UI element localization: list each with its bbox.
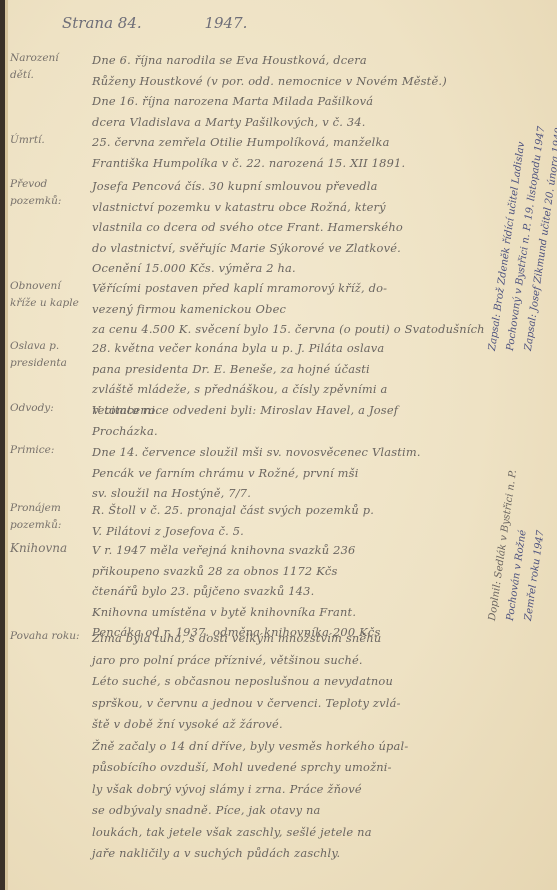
entry-text: 25. června zemřela Otilie Humpolíková, m… bbox=[92, 132, 482, 173]
entry-label: Odvody: bbox=[10, 400, 90, 417]
entry-label: Primice: bbox=[10, 442, 90, 459]
entry-label: Úmrtí. bbox=[10, 132, 90, 149]
entry-text: Josefa Pencová čís. 30 kupní smlouvou př… bbox=[92, 176, 482, 279]
entry-label: Převod pozemků: bbox=[10, 176, 90, 210]
entry-text: Dne 14. července sloužil mši sv. novosvě… bbox=[92, 442, 482, 504]
entry-text: Věřícími postaven před kaplí mramorový k… bbox=[92, 278, 482, 340]
entry-label: Povaha roku: bbox=[10, 628, 90, 645]
entry-label: Knihovna bbox=[10, 540, 90, 557]
document-page: Strana 84. 1947. Narození dětí. Dne 6. ř… bbox=[0, 0, 557, 890]
entry-label: Pronájem pozemků: bbox=[10, 500, 90, 534]
entry-text: R. Štoll v č. 25. pronajal část svých po… bbox=[92, 500, 482, 541]
page-binding-shadow bbox=[5, 0, 8, 890]
page-header: Strana 84. 1947. bbox=[62, 14, 305, 32]
entry-text: Zima byla tuhá, s dosti velkým množstvím… bbox=[92, 628, 482, 865]
entry-text: Dne 6. října narodila se Eva Houstková, … bbox=[92, 50, 482, 132]
entry-label: Oslava p. presidenta bbox=[10, 338, 90, 372]
entry-label: Narození dětí. bbox=[10, 50, 90, 84]
page-number: Strana 84. bbox=[62, 14, 142, 32]
entry-text: V tomto roce odvedeni byli: Miroslav Hav… bbox=[92, 400, 482, 441]
entry-label: Obnovení kříže u kaple bbox=[10, 278, 90, 312]
margin-notes: Zapsal: Brož Zdeněk řídící učitel Ladisl… bbox=[481, 60, 551, 620]
page-year: 1947. bbox=[204, 14, 247, 32]
